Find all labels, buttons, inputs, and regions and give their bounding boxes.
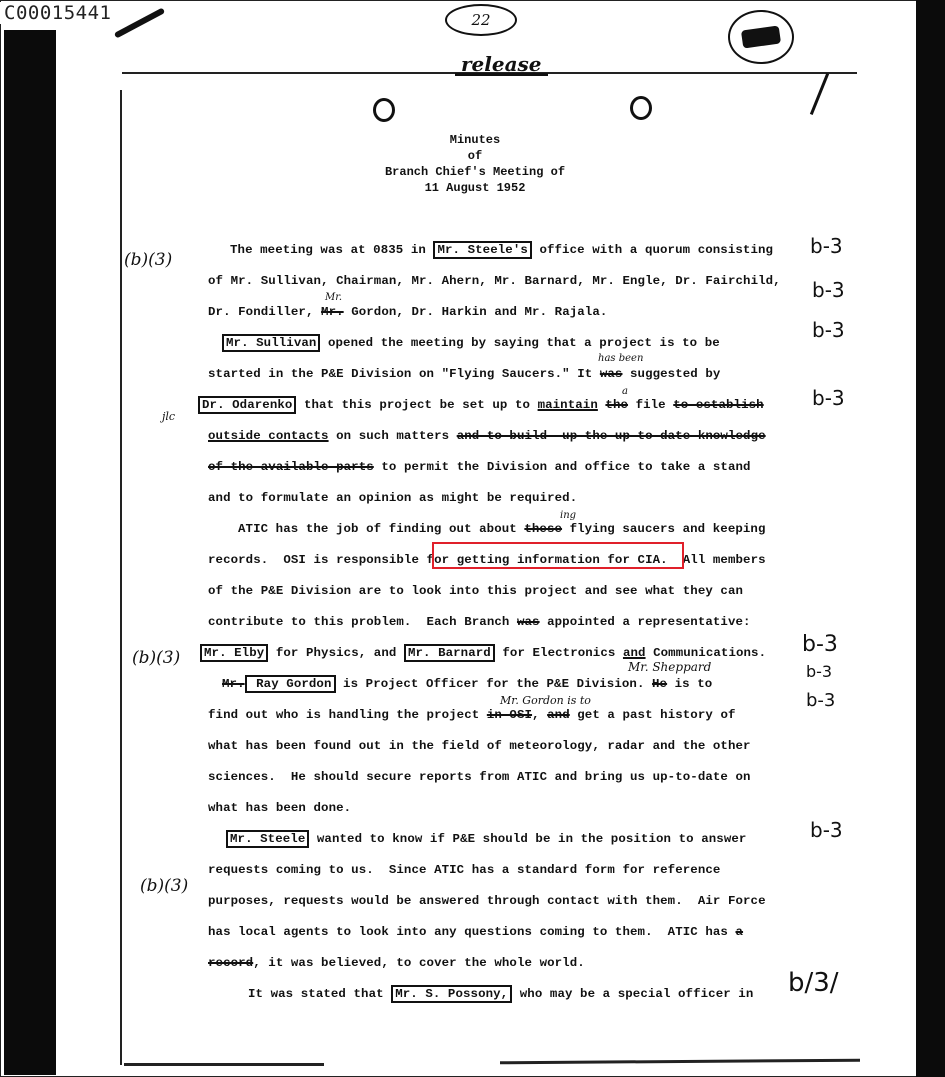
redaction-blot bbox=[741, 25, 781, 48]
body-line: Mr. Sullivan opened the meeting by sayin… bbox=[222, 336, 720, 350]
body-line: started in the P&E Division on "Flying S… bbox=[208, 367, 720, 381]
body-line: Dr. Odarenko that this project be set up… bbox=[198, 398, 764, 412]
page-number-circle: 22 bbox=[445, 4, 517, 36]
highlight-box bbox=[432, 542, 684, 569]
title-line: of bbox=[300, 148, 650, 164]
title-line: Minutes bbox=[300, 132, 650, 148]
document-id: C00015441 bbox=[0, 2, 115, 24]
body-line: Mr. Elby for Physics, and Mr. Barnard fo… bbox=[200, 646, 766, 660]
body-line: Mr. Steele wanted to know if P&E should … bbox=[226, 832, 746, 846]
exemption-code-left: (b)(3) bbox=[132, 648, 180, 668]
body-line: of the P&E Division are to look into thi… bbox=[208, 584, 743, 598]
exemption-code-left: (b)(3) bbox=[124, 250, 172, 270]
scan-edge-right bbox=[916, 0, 945, 1077]
redaction-bracket: Mr. S. Possony, bbox=[391, 985, 512, 1003]
page-border-bottom bbox=[124, 1063, 324, 1066]
handwritten-insertion: has been bbox=[598, 353, 643, 364]
release-mark: release bbox=[455, 55, 548, 76]
body-line: what has been found out in the field of … bbox=[208, 739, 751, 753]
redaction-bracket: Dr. Odarenko bbox=[198, 396, 296, 414]
exemption-code-right: b-3 bbox=[812, 386, 845, 410]
punch-hole bbox=[373, 98, 395, 122]
body-line: of the available parts to permit the Div… bbox=[208, 460, 751, 474]
handwritten-insertion: Mr. Gordon is to bbox=[500, 694, 591, 707]
body-line: It was stated that Mr. S. Possony, who m… bbox=[248, 987, 753, 1001]
body-line: of Mr. Sullivan, Chairman, Mr. Ahern, Mr… bbox=[208, 274, 781, 288]
body-line: purposes, requests would be answered thr… bbox=[208, 894, 766, 908]
handwritten-insertion: ing bbox=[560, 510, 576, 521]
exemption-code-right: b-3 bbox=[810, 234, 843, 258]
scan-edge-left bbox=[4, 30, 56, 1075]
exemption-code-right: b-3 bbox=[812, 278, 845, 302]
redaction-bracket: Mr. Sullivan bbox=[222, 334, 320, 352]
redaction-bracket: Mr. Steele's bbox=[433, 241, 531, 259]
title-line: Branch Chief's Meeting of bbox=[300, 164, 650, 180]
exemption-code-right: b-3 bbox=[812, 318, 845, 342]
body-line: ATIC has the job of finding out about th… bbox=[238, 522, 766, 536]
redaction-bracket: Mr. Barnard bbox=[404, 644, 495, 662]
document-title: Minutes of Branch Chief's Meeting of 11 … bbox=[300, 132, 650, 196]
body-line: has local agents to look into any questi… bbox=[208, 925, 743, 939]
page-border-left bbox=[120, 90, 122, 1065]
handwritten-insertion: Mr. bbox=[325, 292, 342, 303]
redacted-stamp bbox=[728, 10, 794, 64]
initials-mark: jlc bbox=[162, 410, 175, 423]
handwritten-insertion: Mr. Sheppard bbox=[628, 660, 711, 674]
handwritten-insertion: a bbox=[622, 386, 628, 397]
body-line: and to formulate an opinion as might be … bbox=[208, 491, 577, 505]
body-line: record, it was believed, to cover the wh… bbox=[208, 956, 585, 970]
body-line: Dr. Fondiller, Mr. Gordon, Dr. Harkin an… bbox=[208, 305, 607, 319]
body-line: The meeting was at 0835 in Mr. Steele's … bbox=[230, 243, 773, 257]
exemption-code-left: (b)(3) bbox=[140, 876, 188, 896]
body-line: requests coming to us. Since ATIC has a … bbox=[208, 863, 720, 877]
body-line: outside contacts on such matters and to … bbox=[208, 429, 766, 443]
exemption-code-right: b/3/ bbox=[788, 968, 839, 998]
punch-hole bbox=[630, 96, 652, 120]
redaction-bracket: Ray Gordon bbox=[245, 675, 336, 693]
body-line: contribute to this problem. Each Branch … bbox=[208, 615, 751, 629]
title-line: 11 August 1952 bbox=[300, 180, 650, 196]
exemption-code-right: b-3 bbox=[802, 632, 838, 657]
redaction-bracket: Mr. Elby bbox=[200, 644, 268, 662]
exemption-code-right: b-3 bbox=[806, 662, 832, 681]
body-line: find out who is handling the project in … bbox=[208, 708, 736, 722]
body-line: Mr. Ray Gordon is Project Officer for th… bbox=[222, 677, 712, 691]
exemption-code-right: b-3 bbox=[806, 690, 835, 711]
body-line: what has been done. bbox=[208, 801, 351, 815]
exemption-code-right: b-3 bbox=[810, 818, 843, 842]
redaction-bracket: Mr. Steele bbox=[226, 830, 309, 848]
body-line: sciences. He should secure reports from … bbox=[208, 770, 751, 784]
